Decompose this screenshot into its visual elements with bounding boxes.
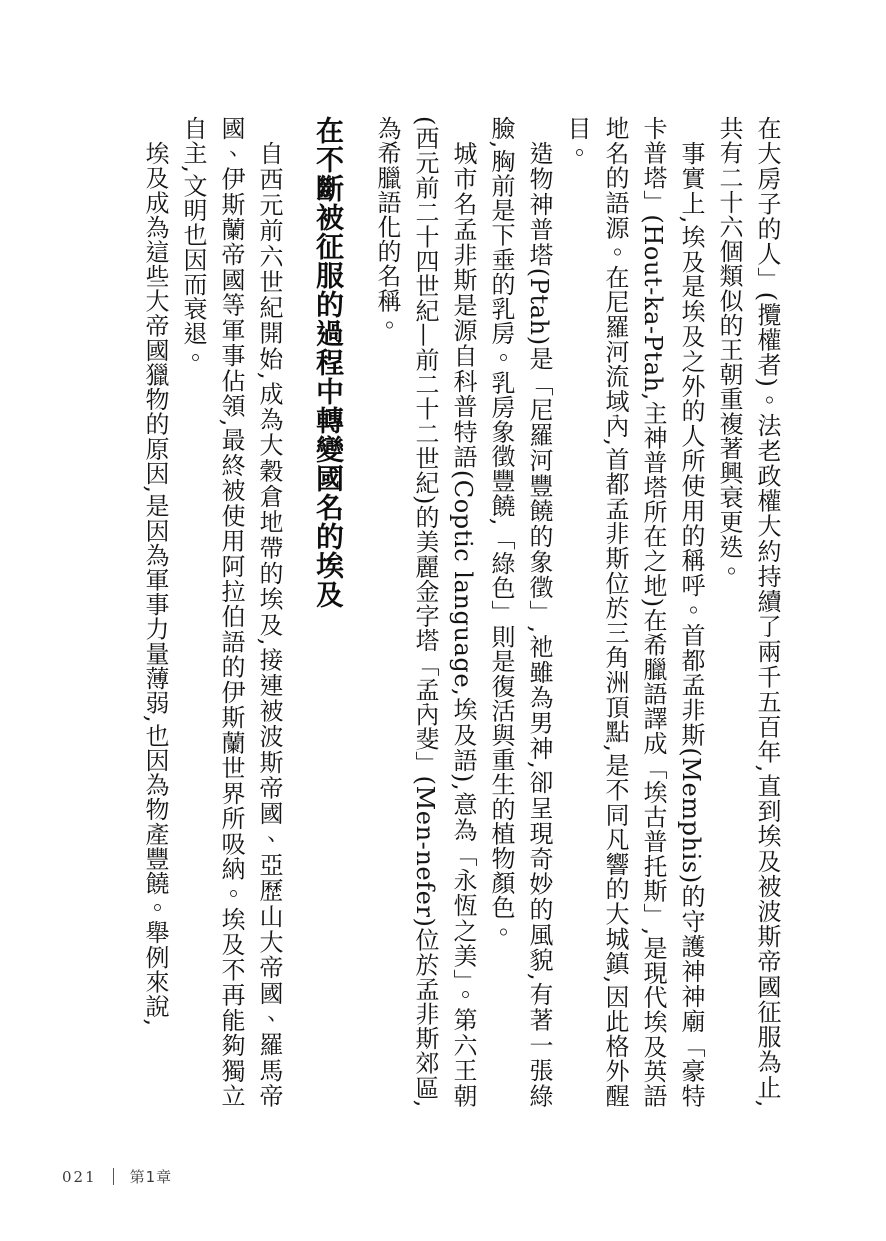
- paragraph: 自西元前六世紀開始,成為大穀倉地帶的埃及,接連被波斯帝國、亞歷山大帝國、羅馬帝國…: [174, 116, 288, 1108]
- paragraph: 埃及成為這些大帝國獵物的原因,是因為軍事力量薄弱,也因為物產豐饒。舉例來說,: [136, 116, 174, 1108]
- footer-divider: [113, 1168, 114, 1185]
- page-footer: 021 第1章: [62, 1166, 172, 1187]
- paragraph: 城市名孟非斯是源自科普特語(Coptic language,埃及語),意為「永恆…: [368, 116, 482, 1108]
- book-page: 在大房子的人」(攬權者)。法老政權大約持續了兩千五百年,直到埃及被波斯帝國征服為…: [0, 0, 886, 1241]
- main-text-block: 在大房子的人」(攬權者)。法老政權大約持續了兩千五百年,直到埃及被波斯帝國征服為…: [136, 116, 786, 1108]
- page-number: 021: [62, 1168, 97, 1186]
- paragraph-continuation: 在大房子的人」(攬權者)。法老政權大約持續了兩千五百年,直到埃及被波斯帝國征服為…: [710, 116, 786, 1108]
- paragraph: 事實上,埃及是埃及之外的人所使用的稱呼。首都孟非斯(Memphis)的守護神神廟…: [558, 116, 710, 1108]
- chapter-label: 第1章: [130, 1166, 173, 1187]
- paragraph: 造物神普塔(Ptah)是「尼羅河豐饒的象徵」,祂雖為男神,卻呈現奇妙的風貌,有著…: [482, 116, 558, 1108]
- section-heading: 在不斷被征服的過程中轉變國名的埃及: [310, 116, 346, 1108]
